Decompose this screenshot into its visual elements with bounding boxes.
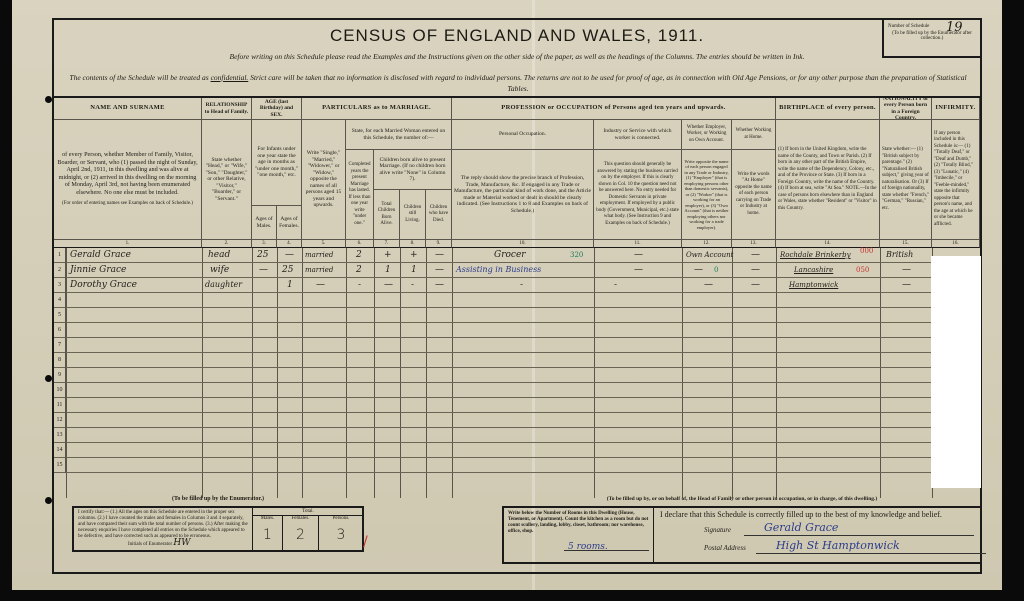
schedule-number-label: Number of Schedule	[888, 24, 976, 29]
relationship-description: State whether "Head," or "Wife," "Son," …	[202, 120, 252, 240]
header-marriage: PARTICULARS as to MARRIAGE.	[302, 98, 452, 120]
instruction-line: Before writing on this Schedule please r…	[54, 52, 980, 61]
enumerator-section: (To be filled up by the Enumerator.) I c…	[68, 496, 368, 556]
column-number: 2.	[202, 240, 252, 248]
schedule-number-note: (To be filled up by the Enumerator after…	[888, 31, 976, 41]
row-number: 4	[54, 293, 66, 308]
notice-text: Strict care will be taken that no inform…	[248, 73, 966, 93]
declaration-text: I declare that this Schedule is correctl…	[660, 510, 942, 519]
signature-value: Gerald Grace	[744, 522, 974, 536]
totals-box: Total. Males. 1 Females. 2 Persons. 3	[252, 508, 362, 550]
total-label: Total.	[253, 508, 363, 516]
birthplace: Hamptonwick	[789, 278, 838, 292]
personal-occupation-header: Personal Occupation.	[452, 120, 594, 150]
children-died: —	[435, 248, 444, 262]
table-row: 11	[54, 398, 980, 413]
row-number: 8	[54, 353, 66, 368]
enumerator-title: (To be filled up by the Enumerator.)	[68, 496, 368, 502]
table-row: 13	[54, 428, 980, 443]
nationality: —	[902, 263, 911, 277]
column-number: 7.	[374, 240, 400, 248]
postal-address-value: High St Hamptonwick	[756, 540, 986, 554]
enumerator-certification: I certify that:— (1.) All the ages on th…	[78, 510, 248, 548]
industry: —	[634, 248, 643, 262]
table-row: 2 Jinnie Grace wife — 25 married 2 1 1 —…	[54, 263, 980, 278]
row-number: 10	[54, 383, 66, 398]
persons-total: Persons. 3	[319, 516, 363, 550]
employer-status: —	[704, 278, 713, 292]
marriage-years: 2	[356, 263, 362, 277]
children-total: —	[384, 278, 393, 292]
name-note: (For order of entering names see Example…	[62, 200, 193, 208]
rooms-instruction: Write below the Number of Rooms in this …	[508, 511, 648, 534]
enumerator-box: I certify that:— (1.) All the ages on th…	[72, 506, 364, 552]
employer-code: 0	[714, 263, 718, 277]
postal-address-label: Postal Address	[704, 544, 746, 552]
marital-status: married	[305, 263, 333, 277]
nationality: British	[886, 248, 913, 262]
marital-status: married	[305, 248, 333, 262]
header-age: AGE (last Birthday) and SEX.	[252, 98, 302, 120]
schedule-number-box: Number of Schedule 19 (To be filled up b…	[882, 18, 982, 58]
schedule-number-value: 19	[946, 20, 963, 35]
row-number: 3	[54, 278, 66, 293]
initials-label: Initials of Enumerator	[128, 542, 172, 547]
table-row: 14	[54, 443, 980, 458]
certification-text: I certify that:— (1.) All the ages on th…	[78, 510, 248, 539]
column-number: 12.	[682, 240, 732, 248]
children-died: —	[435, 278, 444, 292]
header-relationship: RELATIONSHIP to Head of Family.	[202, 98, 252, 120]
nationality: —	[902, 278, 911, 292]
row-number: 13	[54, 428, 66, 443]
occupation: Grocer	[494, 248, 526, 262]
table-row: 10	[54, 383, 980, 398]
nationality-description: State whether:— (1) "British subject by …	[880, 120, 932, 240]
employer-status: Own Account	[686, 248, 733, 262]
table-body: 1 Gerald Grace head 25 — married 2 + + —…	[54, 248, 980, 498]
person-name: Gerald Grace	[70, 248, 131, 262]
persons-label: Persons.	[333, 516, 350, 521]
children-total: 1	[385, 263, 391, 277]
schedule-frame: CENSUS OF ENGLAND AND WALES, 1911. Befor…	[52, 18, 982, 574]
punch-hole	[45, 96, 52, 103]
table-row: 12	[54, 413, 980, 428]
industry-description: This question should generally be answer…	[594, 150, 682, 240]
birthplace: Rochdale Brinkerby	[780, 248, 851, 262]
column-number: 3.	[252, 240, 277, 248]
at-home-description: Write the words "At Home" opposite the n…	[732, 150, 776, 240]
census-table: NAME AND SURNAME RELATIONSHIP to Head of…	[54, 96, 980, 496]
age-males-header: Ages of Males.	[252, 206, 277, 240]
column-number: 1.	[54, 240, 202, 248]
children-description: Children born alive to present Marriage.…	[374, 150, 452, 190]
children-total: +	[384, 248, 392, 262]
name-desc-text: of every Person, whether Member of Famil…	[56, 151, 199, 196]
punch-hole	[45, 375, 52, 382]
header-nationality: NATIONALITY of every Person born in a Fo…	[880, 98, 932, 120]
age-female: —	[285, 248, 294, 262]
males-label: Males.	[261, 516, 274, 521]
employer-description: Write opposite the name of each person e…	[682, 150, 732, 240]
children-living: +	[410, 248, 418, 262]
census-schedule-paper: CENSUS OF ENGLAND AND WALES, 1911. Befor…	[12, 0, 1002, 590]
table-row: 8	[54, 353, 980, 368]
age-female: 1	[287, 278, 293, 292]
row-number: 14	[54, 443, 66, 458]
row-number: 5	[54, 308, 66, 323]
header-name: NAME AND SURNAME	[54, 98, 202, 120]
rooms-box: Write below the Number of Rooms in this …	[504, 508, 654, 562]
personal-occupation-description: The reply should show the precise branch…	[452, 150, 594, 240]
occupation-code: 320	[570, 248, 583, 262]
row-number: 7	[54, 338, 66, 353]
column-number: 5.	[302, 240, 346, 248]
table-row: 9	[54, 368, 980, 383]
head-of-family-title: (To be filled up by, or on behalf of, th…	[502, 496, 982, 502]
row-number: 1	[54, 248, 66, 263]
declaration-box: Write below the Number of Rooms in this …	[502, 506, 982, 564]
column-number: 13.	[732, 240, 776, 248]
age-description: For Infants under one year state the age…	[252, 120, 302, 206]
row-number: 2	[54, 263, 66, 278]
at-home-header: Whether Working at Home.	[732, 120, 776, 150]
birthplace-code: 000	[860, 244, 873, 258]
at-home: —	[751, 248, 760, 262]
males-count: 1	[253, 527, 282, 543]
row-number: 15	[54, 458, 66, 473]
industry: —	[634, 263, 643, 277]
age-female: 25	[282, 263, 293, 277]
relationship: daughter	[205, 278, 242, 292]
column-number: 15.	[880, 240, 932, 248]
males-total: Males. 1	[253, 516, 283, 550]
notice-text: The contents of the Schedule will be tre…	[69, 73, 210, 82]
occupation: -	[520, 278, 523, 292]
at-home: —	[751, 278, 760, 292]
column-number: 10.	[452, 240, 594, 248]
column-number: 9.	[426, 240, 452, 248]
table-row: 6	[54, 323, 980, 338]
notice-underlined: confidential.	[211, 73, 249, 82]
marriage-years-header: Completed years the present Marriage has…	[346, 150, 374, 240]
birthplace-code: 050	[856, 263, 869, 277]
column-number: 16.	[932, 240, 980, 248]
birthplace-description: (1) If born in the United Kingdom, write…	[776, 120, 880, 240]
column-number: 8.	[400, 240, 426, 248]
married-woman-description: State, for each Married Woman entered on…	[346, 120, 452, 150]
age-male: —	[259, 263, 268, 277]
children-total-header: Total Children Born Alive.	[374, 190, 400, 240]
relationship: head	[208, 248, 230, 262]
column-number: 11.	[594, 240, 682, 248]
marriage-years: -	[358, 278, 361, 292]
table-row: 7	[54, 338, 980, 353]
industry: -	[614, 278, 617, 292]
row-number: 11	[54, 398, 66, 413]
persons-count: 3	[319, 527, 363, 543]
employer-header: Whether Employer, Worker, or Working on …	[682, 120, 732, 150]
marital-status: —	[316, 278, 325, 292]
header-birthplace: BIRTHPLACE of every person.	[776, 98, 880, 120]
age-male: 25	[257, 248, 268, 262]
table-row: 5	[54, 308, 980, 323]
children-living: 1	[411, 263, 417, 277]
header-occupation: PROFESSION or OCCUPATION of Persons aged…	[452, 98, 776, 120]
row-number: 6	[54, 323, 66, 338]
table-row: 4	[54, 293, 980, 308]
table-row: 1 Gerald Grace head 25 — married 2 + + —…	[54, 248, 980, 263]
females-label: Females.	[292, 516, 310, 521]
employer-status: —	[694, 263, 703, 277]
initials-value: HW	[173, 538, 190, 548]
children-living-header: Children still Living.	[400, 190, 426, 240]
header-infirmity: INFIRMITY.	[932, 98, 980, 120]
industry-header: Industry or Service with which worker is…	[594, 120, 682, 150]
page-title: CENSUS OF ENGLAND AND WALES, 1911.	[54, 26, 980, 46]
rooms-value: 5 rooms.	[564, 544, 649, 551]
person-name: Jinnie Grace	[70, 263, 126, 277]
marriage-years: 2	[356, 248, 362, 262]
table-row: 15	[54, 458, 980, 473]
name-description: of every Person, whether Member of Famil…	[54, 120, 202, 240]
birthplace: Lancashire	[794, 263, 833, 277]
row-number: 9	[54, 368, 66, 383]
at-home: —	[751, 263, 760, 277]
redacted-infirmity-area	[931, 256, 981, 488]
children-died-header: Children who have Died.	[426, 190, 452, 240]
enumerator-red-tick: /	[363, 534, 368, 550]
females-total: Females. 2	[283, 516, 319, 550]
confidentiality-notice: The contents of the Schedule will be tre…	[62, 72, 974, 94]
table-row: 3 Dorothy Grace daughter 1 — - — - — - -…	[54, 278, 980, 293]
children-died: —	[435, 263, 444, 277]
person-name: Dorothy Grace	[70, 278, 137, 292]
children-living: -	[411, 278, 414, 292]
signature-label: Signature	[704, 526, 731, 534]
females-count: 2	[283, 527, 318, 543]
age-females-header: Ages of Females.	[277, 206, 302, 240]
column-number: 6.	[346, 240, 374, 248]
relationship: wife	[210, 263, 229, 277]
punch-hole	[45, 497, 52, 504]
column-number: 4.	[277, 240, 302, 248]
head-of-family-section: (To be filled up by, or on behalf of, th…	[502, 496, 982, 566]
infirmity-description: If any person included in this Schedule …	[932, 120, 980, 240]
occupation: Assisting in Business	[456, 263, 541, 277]
marital-status-description: Write "Single," "Married," "Widower," or…	[302, 120, 346, 240]
row-number: 12	[54, 413, 66, 428]
